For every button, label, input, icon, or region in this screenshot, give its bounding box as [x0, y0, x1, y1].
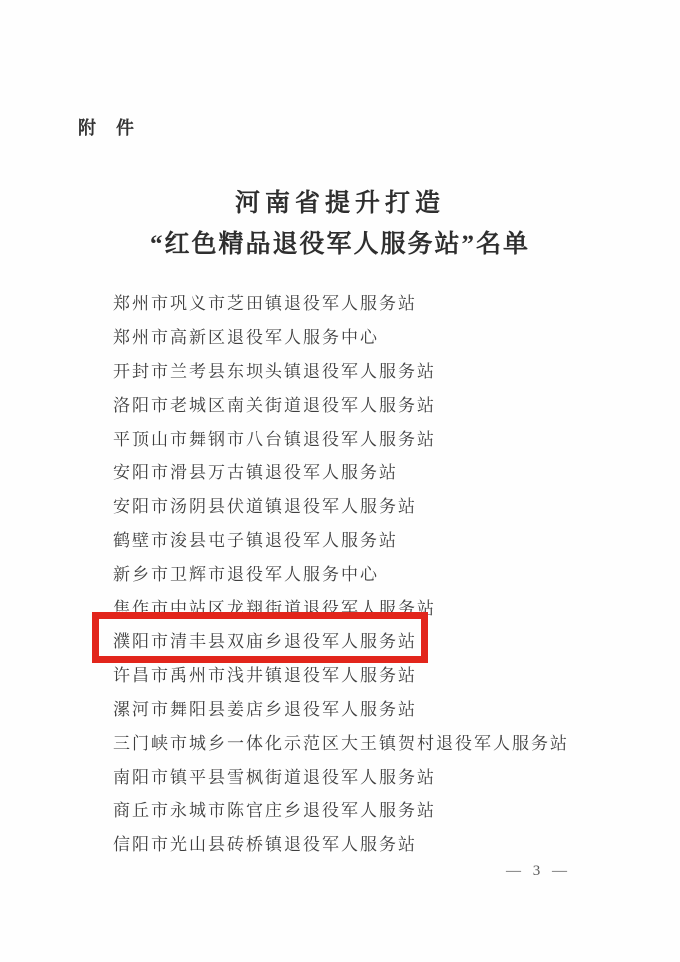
list-item: 焦作市中站区龙翔街道退役军人服务站 [113, 589, 653, 623]
list-item: 许昌市禹州市浅井镇退役军人服务站 [113, 657, 653, 691]
list-item: 南阳市镇平县雪枫街道退役军人服务站 [113, 758, 653, 792]
list-item: 信阳市光山县砖桥镇退役军人服务站 [113, 826, 653, 860]
attachment-label: 附 件 [78, 114, 135, 140]
list-item: 洛阳市老城区南关街道退役军人服务站 [113, 386, 653, 420]
station-list: 郑州市巩义市芝田镇退役军人服务站郑州市高新区退役军人服务中心开封市兰考县东坝头镇… [113, 285, 653, 860]
title-line-2: “红色精品退役军人服务站”名单 [0, 230, 680, 260]
list-item: 安阳市汤阴县伏道镇退役军人服务站 [113, 488, 653, 522]
title-line-1: 河南省提升打造 [0, 189, 680, 219]
list-item: 开封市兰考县东坝头镇退役军人服务站 [113, 353, 653, 387]
list-item: 郑州市巩义市芝田镇退役军人服务站 [113, 285, 653, 319]
document-page: 附 件 河南省提升打造 “红色精品退役军人服务站”名单 郑州市巩义市芝田镇退役军… [0, 0, 680, 962]
list-item: 三门峡市城乡一体化示范区大王镇贺村退役军人服务站 [113, 724, 653, 758]
page-number: — 3 — [506, 863, 571, 880]
list-item: 新乡市卫辉市退役军人服务中心 [113, 555, 653, 589]
list-item: 商丘市永城市陈官庄乡退役军人服务站 [113, 792, 653, 826]
list-item: 平顶山市舞钢市八台镇退役军人服务站 [113, 420, 653, 454]
list-item: 郑州市高新区退役军人服务中心 [113, 319, 653, 353]
list-item: 鹤壁市浚县屯子镇退役军人服务站 [113, 522, 653, 556]
list-item: 漯河市舞阳县姜店乡退役军人服务站 [113, 691, 653, 725]
list-item: 濮阳市清丰县双庙乡退役军人服务站 [113, 623, 653, 657]
document-title: 河南省提升打造 “红色精品退役军人服务站”名单 [0, 189, 680, 260]
list-item: 安阳市滑县万古镇退役军人服务站 [113, 454, 653, 488]
